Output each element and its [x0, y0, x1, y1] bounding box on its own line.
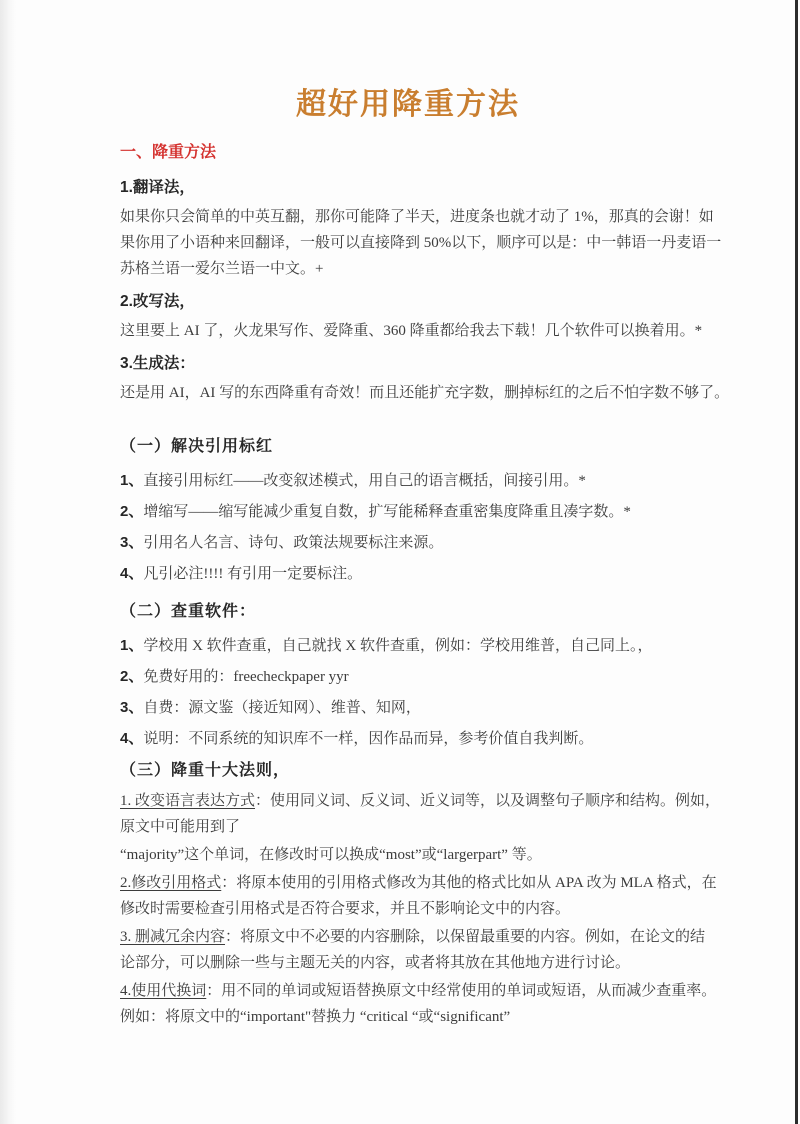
list-item-text: 学校用 X 软件查重，自己就找 X 软件查重，例如：学校用维普，自己同上。，	[143, 638, 652, 654]
list-item-text: 说明：不同系统的知识库不一样，因作品而异，参考价值自我判断。	[143, 731, 593, 747]
text-line: 例如：将原文中的“important"替换力 “critical “或“sign…	[120, 1004, 696, 1030]
rule-label: 4.使用代换词	[120, 983, 206, 999]
text-line: 原文中可能用到了	[120, 814, 696, 840]
text-line: 4.使用代换词：用不同的单词或短语替换原文中经常使用的单词或短语，从而减少查重率…	[120, 978, 696, 1004]
page-left-shadow	[0, 0, 16, 1124]
list-item-text: 凡引必注!!!! 有引用一定要标注。	[143, 566, 362, 582]
subsection-2-heading: （二）查重软件：	[120, 599, 696, 625]
document-content: 超好用降重方法 一、降重方法 1.翻译法， 如果你只会简单的中英互翻，那你可能降…	[120, 84, 696, 1032]
text-line: 论部分，可以删除一些与主题无关的内容，或者将其放在其他地方进行讨论。	[120, 950, 696, 976]
method-1-paragraph: 如果你只会简单的中英互翻，那你可能降了半天，进度条也就才动了 1%，那真的会谢！…	[120, 204, 696, 282]
list-item: 1、学校用 X 软件查重，自己就找 X 软件查重，例如：学校用维普，自己同上。，	[120, 633, 696, 659]
rule-paragraph-2: 2.修改引用格式：将原本使用的引用格式修改为其他的格式比如从 APA 改为 ML…	[120, 870, 696, 922]
method-3-paragraph: 还是用 AI，AI 写的东西降重有奇效！而且还能扩充字数，删掉标红的之后不怕字数…	[120, 380, 696, 406]
rule-paragraph-3: 3. 删减冗余内容：将原文中不必要的内容删除，以保留最重要的内容。例如，在论文的…	[120, 924, 696, 976]
list-item: 2、免费好用的：freecheckpaper yyr	[120, 664, 696, 690]
doc-title: 超好用降重方法	[120, 84, 696, 126]
method-1-heading: 1.翻译法，	[120, 176, 696, 200]
text-line: 苏格兰语一爱尔兰语一中文。+	[120, 256, 696, 282]
list-item: 4、凡引必注!!!! 有引用一定要标注。	[120, 561, 696, 587]
rule-text: ：将原本使用的引用格式修改为其他的格式比如从 APA 改为 MLA 格式，在	[221, 875, 716, 891]
text-line: 2.修改引用格式：将原本使用的引用格式修改为其他的格式比如从 APA 改为 ML…	[120, 870, 696, 896]
list-item-text: 直接引用标红——改变叙述模式，用自己的语言概括，间接引用。*	[143, 473, 586, 489]
list-item: 3、引用名人名言、诗句、政策法规要标注来源。	[120, 530, 696, 556]
text-line: 还是用 AI，AI 写的东西降重有奇效！而且还能扩充字数，删掉标红的之后不怕字数…	[120, 380, 696, 406]
list-item-number: 3、	[120, 534, 143, 551]
method-3-heading: 3.生成法：	[120, 352, 696, 376]
rule-text: ：使用同义词、反义词、近义词等，以及调整句子顺序和结构。例如，	[255, 793, 720, 809]
rule-paragraph-4: 4.使用代换词：用不同的单词或短语替换原文中经常使用的单词或短语，从而减少查重率…	[120, 978, 696, 1030]
example-note: “majority”这个单词，在修改时可以换成“most”或“largerpar…	[120, 842, 696, 868]
subsection-1-heading: （一）解决引用标红	[120, 434, 696, 460]
text-line: 果你用了小语种来回翻译，一般可以直接降到 50%以下，顺序可以是：中一韩语一丹麦…	[120, 230, 696, 256]
list-item-number: 4、	[120, 565, 143, 582]
list-item: 2、增缩写——缩写能减少重复自数，扩写能稀释查重密集度降重且凑字数。*	[120, 499, 696, 525]
list-item: 4、说明：不同系统的知识库不一样，因作品而异，参考价值自我判断。	[120, 726, 696, 752]
method-2-paragraph: 这里要上 AI 了，火龙果写作、爱降重、360 降重都给我去下载！几个软件可以换…	[120, 318, 696, 344]
list-item-number: 2、	[120, 503, 143, 520]
list-item: 1、直接引用标红——改变叙述模式，用自己的语言概括，间接引用。*	[120, 468, 696, 494]
text-line: 1. 改变语言表达方式：使用同义词、反义词、近义词等，以及调整句子顺序和结构。例…	[120, 788, 696, 814]
list-item-number: 1、	[120, 637, 143, 654]
list-item: 3、自费：源文鉴（接近知网）、维普、知网，	[120, 695, 696, 721]
list-item-number: 4、	[120, 730, 143, 747]
text-line: 如果你只会简单的中英互翻，那你可能降了半天，进度条也就才动了 1%，那真的会谢！…	[120, 204, 696, 230]
document-page: 超好用降重方法 一、降重方法 1.翻译法， 如果你只会简单的中英互翻，那你可能降…	[0, 0, 800, 1124]
subsection-3-heading: （三）降重十大法则，	[120, 758, 696, 784]
rule-label: 1. 改变语言表达方式	[120, 793, 255, 809]
list-item-number: 3、	[120, 699, 143, 716]
text-line: 这里要上 AI 了，火龙果写作、爱降重、360 降重都给我去下载！几个软件可以换…	[120, 318, 696, 344]
rule-paragraph-1: 1. 改变语言表达方式：使用同义词、反义词、近义词等，以及调整句子顺序和结构。例…	[120, 788, 696, 840]
rule-label: 2.修改引用格式	[120, 875, 221, 891]
list-item-text: 引用名人名言、诗句、政策法规要标注来源。	[143, 535, 443, 551]
page-right-edge	[795, 0, 798, 1124]
text-line: 3. 删减冗余内容：将原文中不必要的内容删除，以保留最重要的内容。例如，在论文的…	[120, 924, 696, 950]
list-item-text: 免费好用的：freecheckpaper yyr	[143, 669, 348, 685]
list-item-text: 增缩写——缩写能减少重复自数，扩写能稀释查重密集度降重且凑字数。*	[143, 504, 631, 520]
list-item-number: 2、	[120, 668, 143, 685]
list-item-text: 自费：源文鉴（接近知网）、维普、知网，	[143, 700, 421, 716]
rule-label: 3. 删减冗余内容	[120, 929, 225, 945]
text-line: 修改时需要检查引用格式是否符合要求，并且不影响论文中的内容。	[120, 896, 696, 922]
section-heading: 一、降重方法	[120, 142, 696, 164]
rule-text: ：将原文中不必要的内容删除，以保留最重要的内容。例如，在论文的结	[225, 929, 705, 945]
rule-text: ：用不同的单词或短语替换原文中经常使用的单词或短语，从而减少查重率。	[206, 983, 716, 999]
method-2-heading: 2.改写法，	[120, 290, 696, 314]
list-item-number: 1、	[120, 472, 143, 489]
